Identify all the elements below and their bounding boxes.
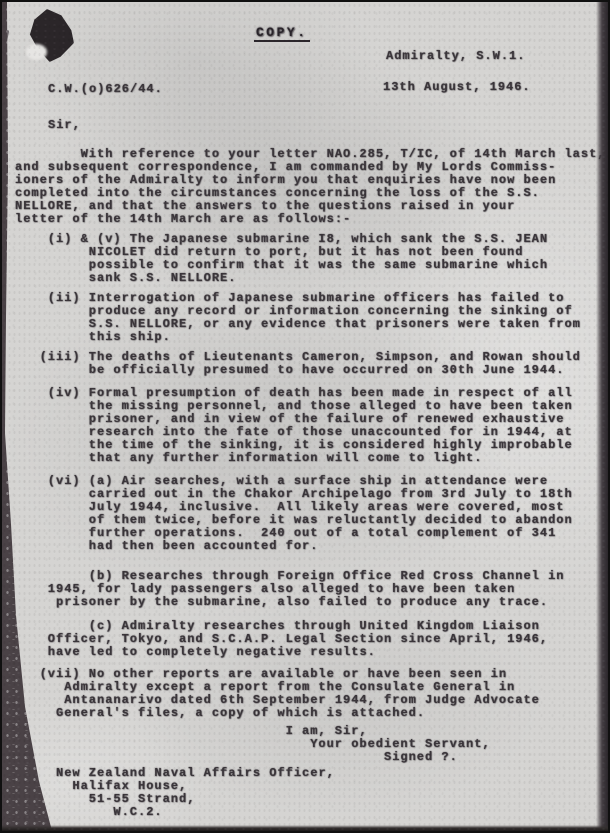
salutation: Sir, [48, 119, 81, 132]
letter-line: W.C.2. [113, 806, 601, 819]
reference-number: C.W.(o)626/44. [48, 83, 163, 96]
scan-shadow-right [596, 2, 608, 831]
letter-line: had then been accounted for. [89, 540, 601, 553]
punch-hole-highlight [26, 44, 47, 60]
letter-line: have led to completely negative results. [48, 646, 601, 659]
letter-line: sank S.S. NELLORE. [89, 272, 601, 285]
document-page: COPY. Admiralty, S.W.1. C.W.(o)626/44. 1… [0, 0, 610, 833]
letter-line: this ship. [89, 331, 601, 344]
letter-line: letter of the 14th March are as follows:… [15, 213, 601, 226]
office-address: Admiralty, S.W.1. [386, 50, 525, 63]
scan-shadow-bottom [2, 825, 608, 831]
letter-line: that any further information will come t… [89, 452, 601, 465]
letter-body: With reference to your letter NAO.285, T… [15, 142, 601, 819]
letter-line: prisoner by the submarine, also failed t… [56, 596, 601, 609]
letter-line: 51-55 Strand, [89, 793, 601, 806]
letter-line: be officially presumed to have occurred … [89, 364, 601, 377]
letter-line: Signed ?. [384, 751, 601, 764]
copy-heading: COPY. [254, 26, 310, 42]
letter-line: General's files, a copy of which is atta… [56, 707, 601, 720]
date-line: 13th August, 1946. [383, 81, 531, 94]
